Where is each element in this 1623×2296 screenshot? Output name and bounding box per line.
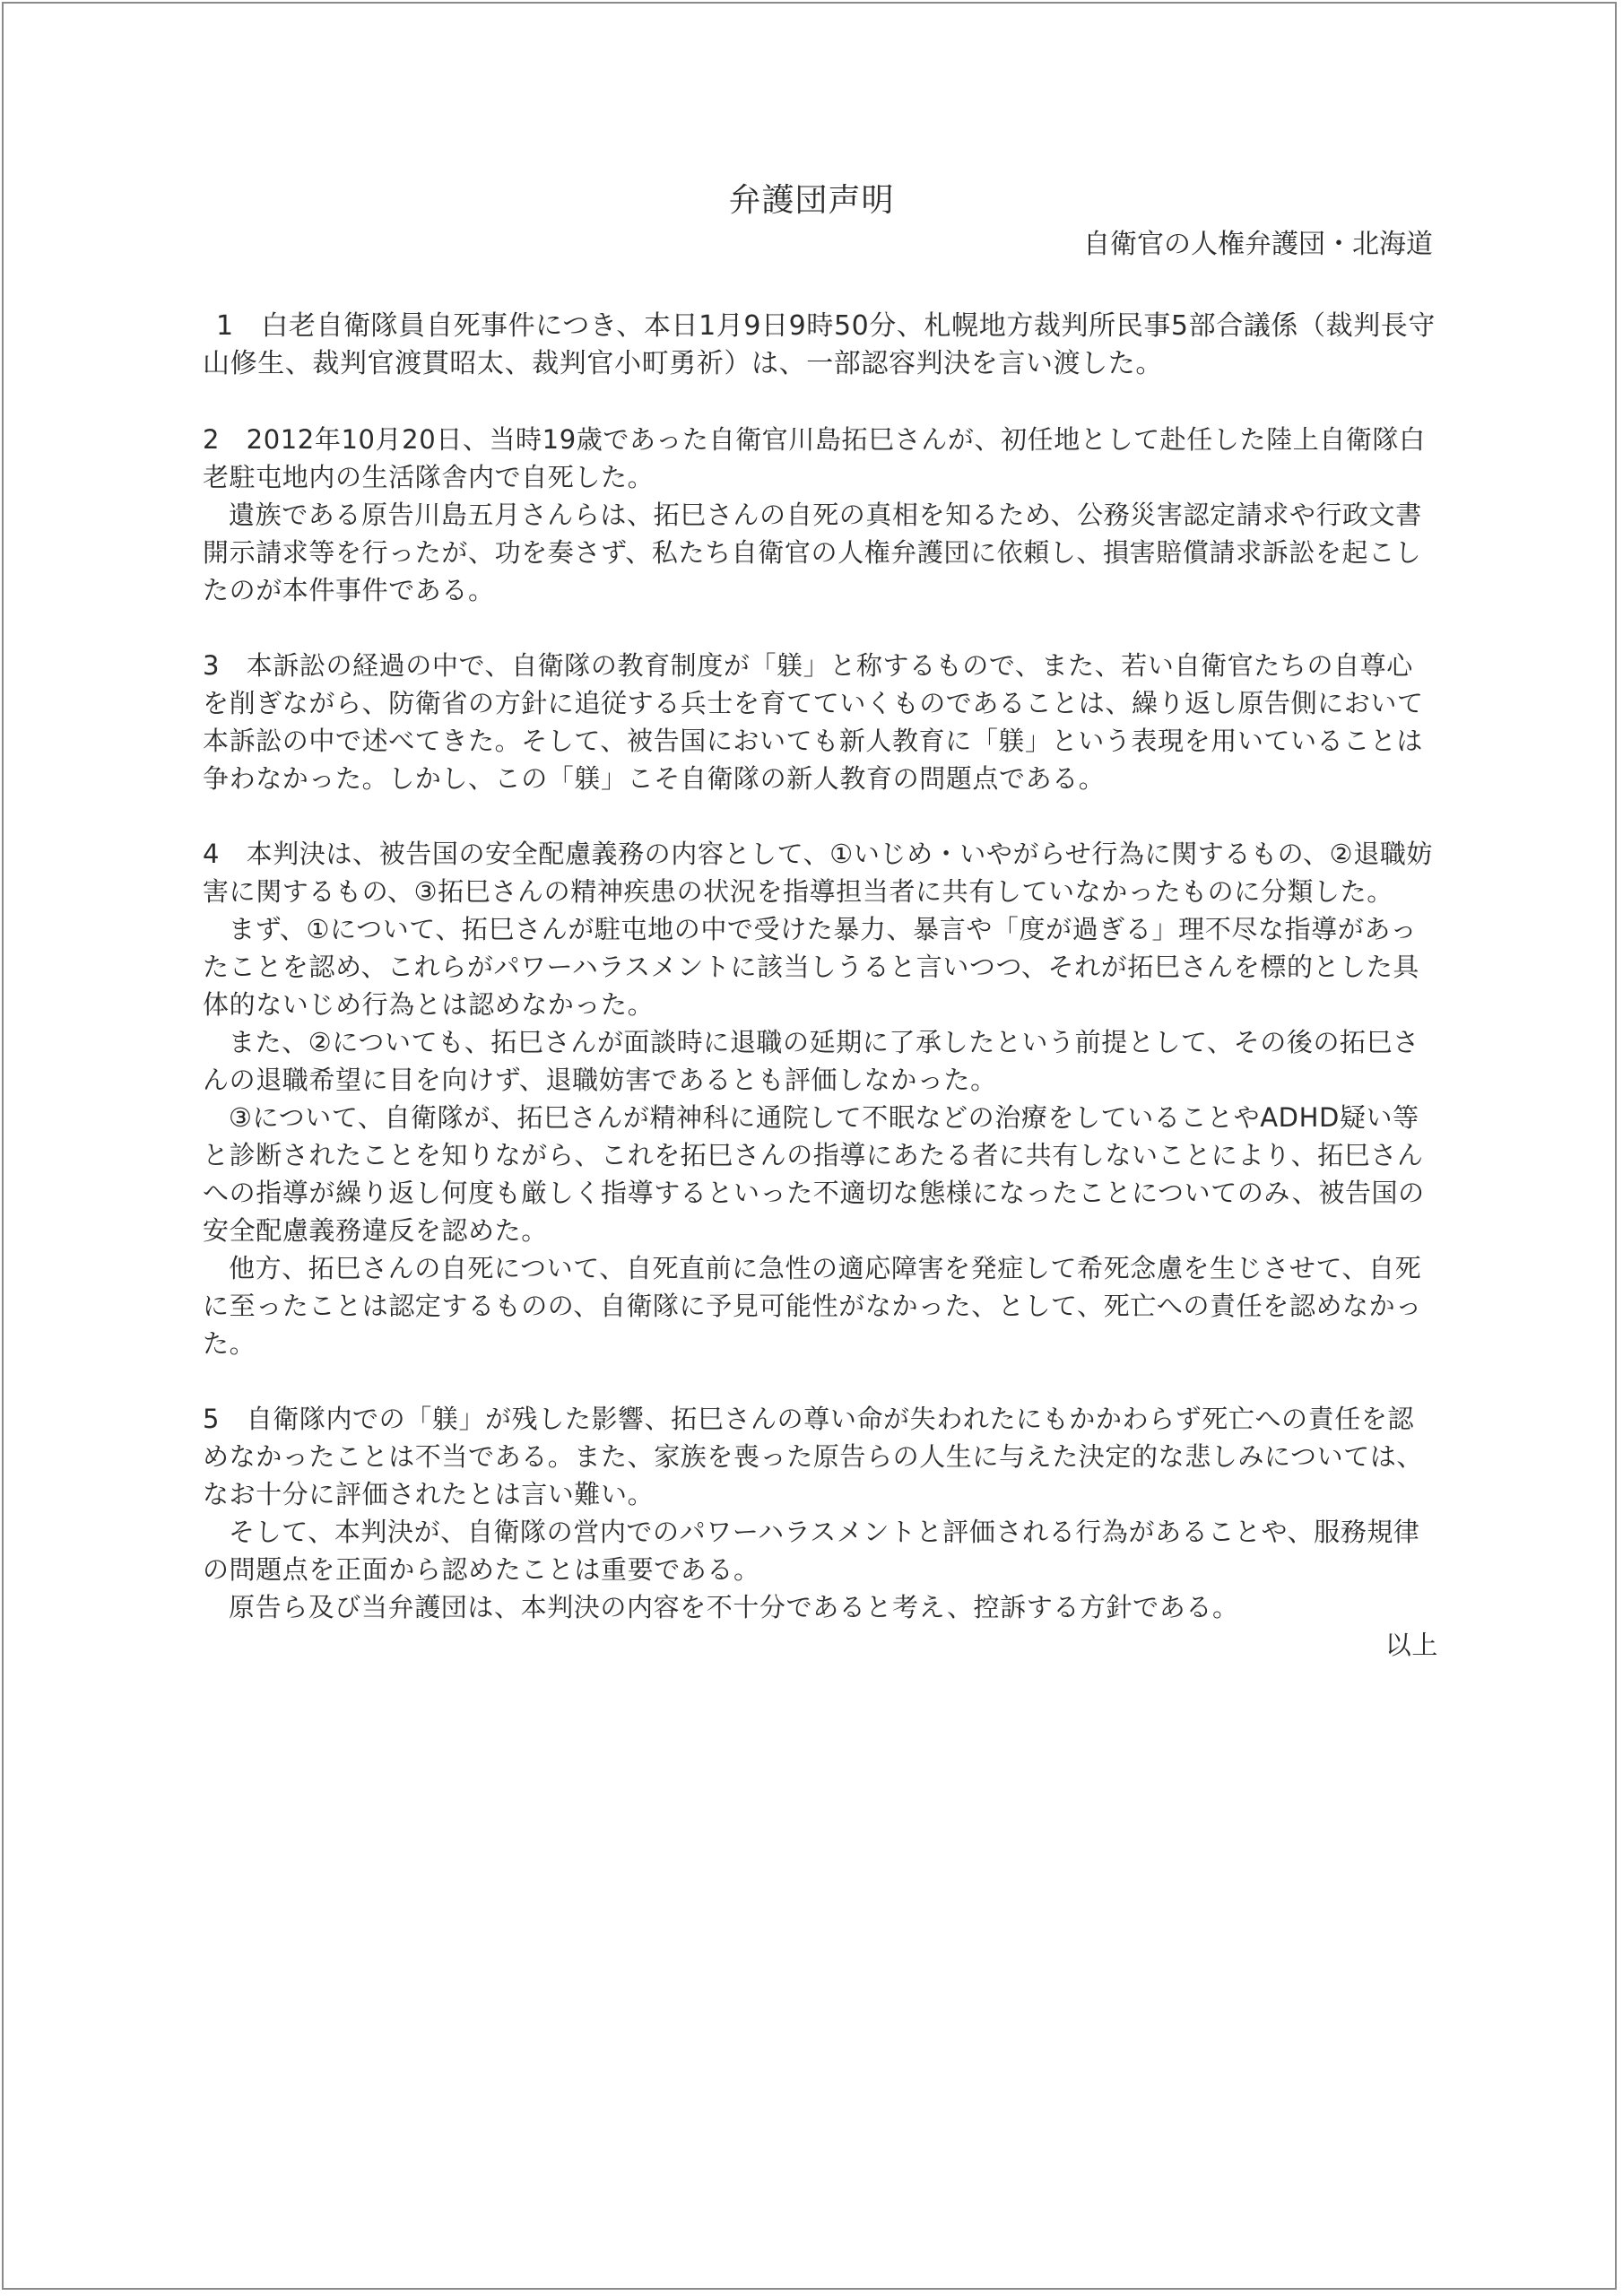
paragraph: また、②についても、拓巳さんが面談時に退職の延期に了承したという前提として、その… bbox=[203, 1023, 1438, 1099]
document-title: 弁護団声明 bbox=[0, 181, 1623, 221]
section-1: 1 白老自衛隊員自死事件につき、本日1月9日9時50分、札幌地方裁判所民事5部合… bbox=[203, 308, 1438, 383]
document-author: 自衛官の人権弁護団・北海道 bbox=[1083, 227, 1433, 263]
document-body: 1 白老自衛隊員自死事件につき、本日1月9日9時50分、札幌地方裁判所民事5部合… bbox=[203, 308, 1438, 1664]
paragraph: ③について、自衛隊が、拓巳さんが精神科に通院して不眠などの治療をしていることやA… bbox=[203, 1099, 1438, 1249]
paragraph: 3 本訴訟の経過の中で、自衛隊の教育制度が「躾」と称するもので、また、若い自衛官… bbox=[203, 647, 1438, 797]
section-3: 3 本訴訟の経過の中で、自衛隊の教育制度が「躾」と称するもので、また、若い自衛官… bbox=[203, 647, 1438, 797]
paragraph: 遺族である原告川島五月さんらは、拓巳さんの自死の真相を知るため、公務災害認定請求… bbox=[203, 496, 1438, 609]
paragraph: 2 2012年10月20日、当時19歳であった自衛官川島拓巳さんが、初任地として… bbox=[203, 421, 1438, 496]
paragraph: 5 自衛隊内での「躾」が残した影響、拓巳さんの尊い命が失われたにもかかわらず死亡… bbox=[203, 1400, 1438, 1513]
paragraph: 1 白老自衛隊員自死事件につき、本日1月9日9時50分、札幌地方裁判所民事5部合… bbox=[203, 308, 1438, 383]
section-4: 4 本判決は、被告国の安全配慮義務の内容として、①いじめ・いやがらせ行為に関する… bbox=[203, 835, 1438, 1362]
paragraph: そして、本判決が、自衛隊の営内でのパワーハラスメントと評価される行為があることや… bbox=[203, 1513, 1438, 1588]
paragraph: 他方、拓巳さんの自死について、自死直前に急性の適応障害を発症して希死念慮を生じさ… bbox=[203, 1249, 1438, 1362]
paragraph: まず、①について、拓巳さんが駐屯地の中で受けた暴力、暴言や「度が過ぎる」理不尽な… bbox=[203, 910, 1438, 1023]
closing-mark: 以上 bbox=[203, 1626, 1438, 1664]
paragraph: 4 本判決は、被告国の安全配慮義務の内容として、①いじめ・いやがらせ行為に関する… bbox=[203, 835, 1438, 910]
section-5: 5 自衛隊内での「躾」が残した影響、拓巳さんの尊い命が失われたにもかかわらず死亡… bbox=[203, 1400, 1438, 1626]
section-2: 2 2012年10月20日、当時19歳であった自衛官川島拓巳さんが、初任地として… bbox=[203, 421, 1438, 609]
paragraph: 原告ら及び当弁護団は、本判決の内容を不十分であると考え、控訴する方針である。 bbox=[203, 1588, 1438, 1626]
